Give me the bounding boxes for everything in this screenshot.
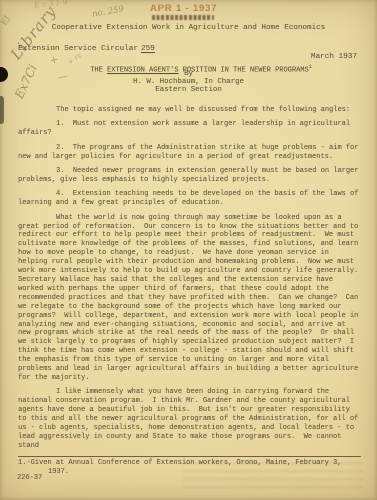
list-item-4: 4. Extension teaching needs to be develo…: [18, 190, 361, 208]
title-footnote-ref: 1: [309, 63, 312, 70]
section-line: Eastern Section: [0, 86, 377, 94]
footnote: 1.-Given at Annual Conference of Extensi…: [18, 456, 361, 477]
document-body: The topic assigned me may well be discus…: [18, 106, 361, 477]
paragraph-closing: I like immensely what you have been doin…: [18, 388, 361, 450]
footnote-line2: 1937.: [48, 468, 361, 477]
date-stamp: APR 1 - 1937: [150, 3, 217, 14]
list-item-1: 1. Must not extension work assume a larg…: [18, 120, 361, 138]
author-line: H. W. Hochbaum, In Charge: [0, 78, 377, 86]
list-item-2: 2. The programs of the Administration st…: [18, 144, 361, 162]
circular-number: 259: [138, 45, 155, 53]
scanned-document-page: APR 1 - 1937 EJ Library no. 259 Ex319 + …: [0, 0, 377, 500]
paragraph-intro: The topic assigned me may well be discus…: [18, 106, 361, 115]
circular-label: Extension Service Circular259: [18, 45, 155, 53]
document-code: 226-37: [17, 474, 42, 482]
page-edge-shadow: [0, 96, 4, 124]
paragraph-main: What the world is now going through may …: [18, 214, 361, 383]
organization-line: Cooperative Extension Work in Agricultur…: [0, 24, 377, 32]
list-item-3: 3. Needed newer programs in extension ge…: [18, 167, 361, 185]
byline: By: [0, 70, 377, 78]
pencil-number-note: no. 259: [91, 4, 124, 19]
circular-prefix: Extension Service Circular: [18, 45, 138, 53]
stamp-subtext-illegible: [152, 15, 214, 20]
footnote-line1: 1.-Given at Annual Conference of Extensi…: [18, 459, 361, 468]
